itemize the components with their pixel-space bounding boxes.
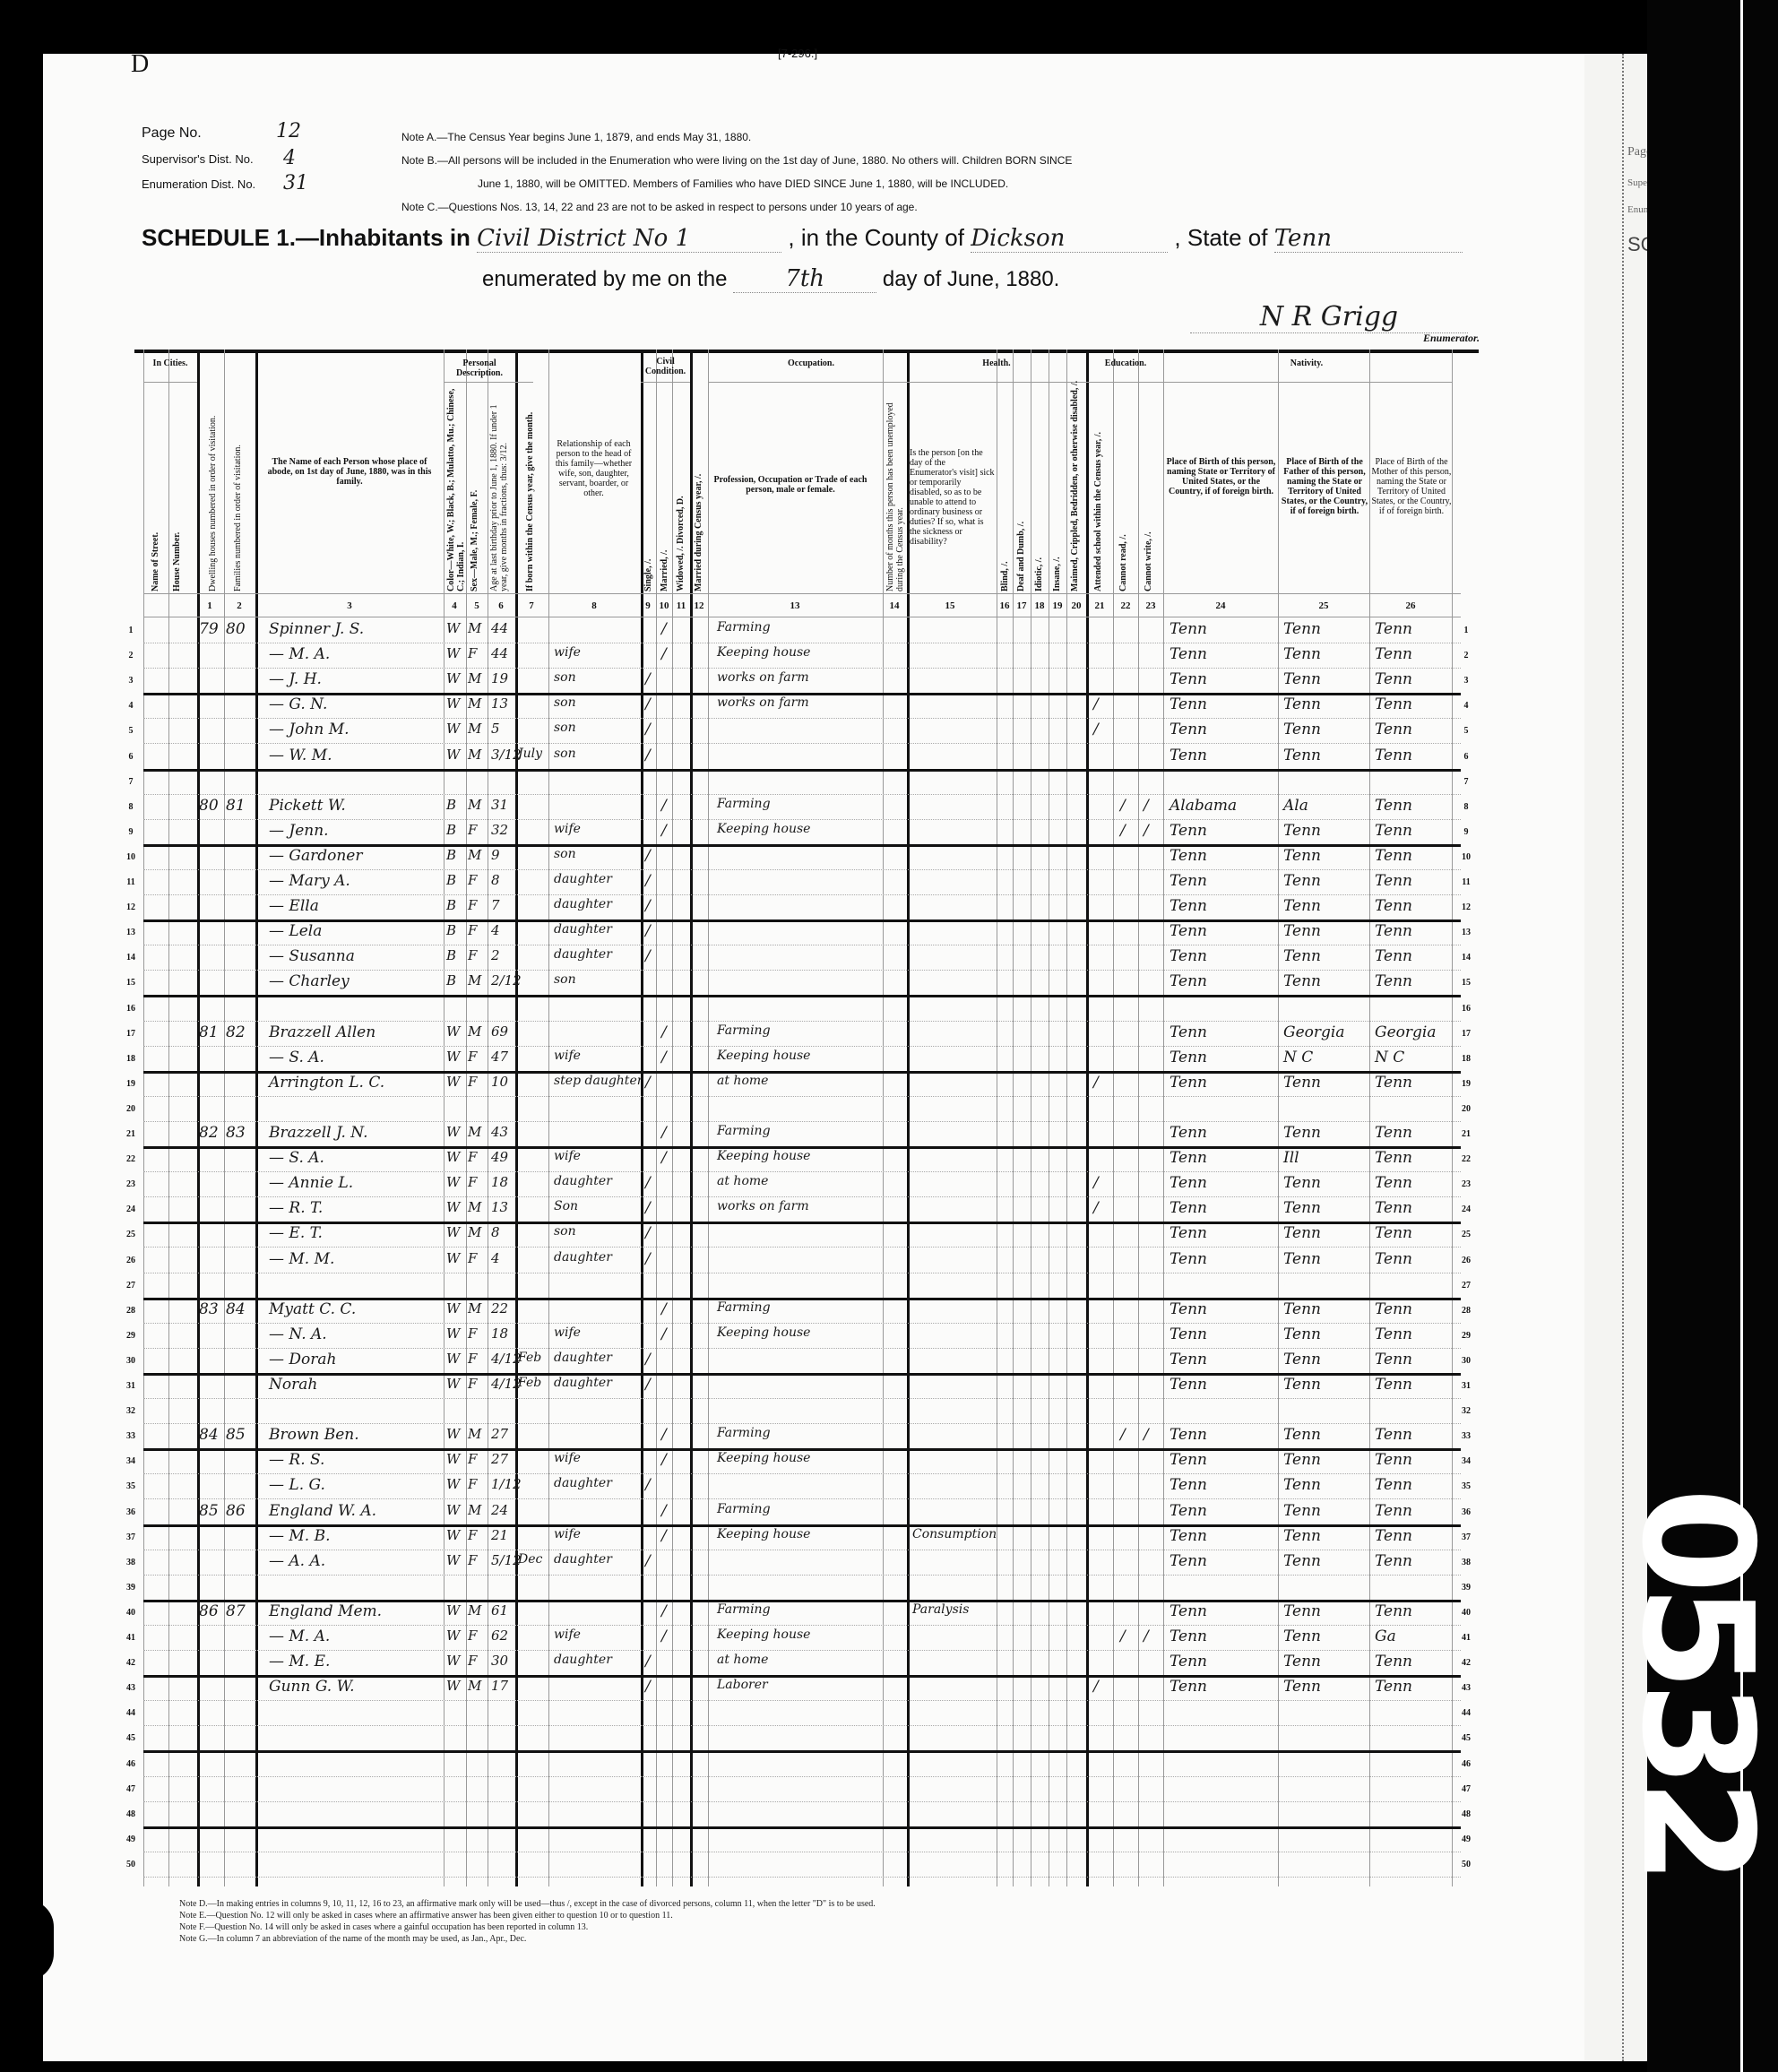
line-number-right: 34 bbox=[1457, 1456, 1475, 1466]
birthplace-mother: Georgia bbox=[1375, 1023, 1436, 1041]
dwelling-number: 79 bbox=[199, 620, 219, 638]
married-mark: / bbox=[661, 1627, 667, 1645]
person-name: England W. A. bbox=[269, 1502, 376, 1520]
birthplace-mother: Tenn bbox=[1375, 1149, 1412, 1167]
person-name: — Susanna bbox=[269, 947, 355, 965]
birthplace-self: Tenn bbox=[1170, 1678, 1207, 1696]
line-number-right: 4 bbox=[1457, 701, 1475, 711]
line-number-right: 29 bbox=[1457, 1331, 1475, 1341]
single-mark: / bbox=[645, 847, 651, 865]
birthplace-self: Tenn bbox=[1170, 1602, 1207, 1620]
column-number: 20 bbox=[1067, 600, 1085, 611]
married-mark: / bbox=[661, 1300, 667, 1318]
sex: M bbox=[468, 1602, 481, 1619]
color: W bbox=[446, 1199, 460, 1215]
enumerated-line: enumerated by me on the 7th day of June,… bbox=[482, 265, 1059, 293]
table-row: 2222— S. A.WF49wife/Keeping houseTennIll… bbox=[143, 1147, 1461, 1172]
birthplace-self: Tenn bbox=[1170, 847, 1207, 865]
person-name: — M. A. bbox=[269, 645, 330, 663]
line-number-right: 46 bbox=[1457, 1759, 1475, 1769]
color: B bbox=[446, 972, 456, 989]
person-name: — Mary A. bbox=[269, 872, 350, 890]
dwelling-number: 86 bbox=[199, 1602, 219, 1620]
sex: F bbox=[468, 1653, 477, 1669]
row-rule bbox=[143, 1877, 1461, 1878]
county-value: Dickson bbox=[971, 225, 1168, 253]
table-row: 3737— M. B.WF21wife/Keeping houseConsump… bbox=[143, 1525, 1461, 1550]
birthplace-mother: N C bbox=[1375, 1049, 1404, 1066]
age: 18 bbox=[491, 1325, 508, 1342]
line-number-right: 12 bbox=[1457, 902, 1475, 912]
birthplace-mother: Tenn bbox=[1375, 1602, 1412, 1620]
birthplace-mother: Tenn bbox=[1375, 1476, 1412, 1494]
dwelling-number: 81 bbox=[199, 1023, 219, 1041]
birthplace-father: N C bbox=[1283, 1049, 1313, 1066]
birthplace-mother: Tenn bbox=[1375, 1552, 1412, 1570]
birthplace-self: Tenn bbox=[1170, 947, 1207, 965]
line-number: 31 bbox=[122, 1381, 140, 1391]
single-mark: / bbox=[645, 1174, 651, 1192]
married-mark: / bbox=[661, 797, 667, 815]
birthplace-father: Ill bbox=[1283, 1149, 1299, 1167]
line-number: 5 bbox=[122, 726, 140, 736]
table-row: 3939 bbox=[143, 1576, 1461, 1601]
occupation: at home bbox=[717, 1074, 768, 1088]
header-married: Married, /. bbox=[660, 538, 669, 591]
line-number-right: 42 bbox=[1457, 1658, 1475, 1668]
color: W bbox=[446, 1376, 460, 1392]
single-mark: / bbox=[645, 670, 651, 688]
birthplace-mother: Tenn bbox=[1375, 1250, 1412, 1268]
enumerator-label: Enumerator. bbox=[1423, 332, 1480, 345]
header-profession: Profession, Occupation or Trade of each … bbox=[710, 475, 871, 495]
birth-month: Feb bbox=[518, 1351, 541, 1365]
table-row: 1010— GardonerBM9son/TennTennTenn bbox=[143, 845, 1461, 870]
line-number-right: 27 bbox=[1457, 1281, 1475, 1291]
dwelling-number: 83 bbox=[199, 1300, 219, 1318]
birthplace-mother: Tenn bbox=[1375, 1426, 1412, 1444]
birthplace-mother: Tenn bbox=[1375, 847, 1412, 865]
line-number-right: 50 bbox=[1457, 1860, 1475, 1869]
relationship: wife bbox=[554, 1149, 581, 1163]
birthplace-mother: Tenn bbox=[1375, 922, 1412, 940]
line-number: 3 bbox=[122, 676, 140, 686]
occupation: Keeping house bbox=[717, 1527, 810, 1541]
color: W bbox=[446, 1502, 460, 1518]
color: B bbox=[446, 797, 456, 813]
line-number-right: 17 bbox=[1457, 1029, 1475, 1039]
sex: F bbox=[468, 1250, 477, 1266]
state-label: , State of bbox=[1174, 224, 1267, 251]
birthplace-father: Georgia bbox=[1283, 1023, 1344, 1041]
form-ids: Page No. 12 Supervisor's Dist. No. 4 Enu… bbox=[142, 125, 321, 203]
relationship: son bbox=[554, 670, 576, 685]
occupation: Farming bbox=[717, 620, 771, 635]
table-top-rule bbox=[134, 350, 1479, 353]
line-number-right: 23 bbox=[1457, 1179, 1475, 1189]
age: 17 bbox=[491, 1678, 508, 1694]
header-cannot-read: Cannot read, /. bbox=[1118, 511, 1128, 591]
sex: M bbox=[468, 1426, 481, 1442]
age: 61 bbox=[491, 1602, 508, 1619]
occupation: Farming bbox=[717, 1124, 771, 1138]
person-name: — R. S. bbox=[269, 1451, 324, 1469]
table-row: 40408687England Mem.WM61/FarmingParalysi… bbox=[143, 1601, 1461, 1626]
line-number: 12 bbox=[122, 902, 140, 912]
relationship: son bbox=[554, 747, 576, 761]
occupation: Keeping house bbox=[717, 1149, 810, 1163]
relationship: son bbox=[554, 847, 576, 861]
note-b: Note B.—All persons will be included in … bbox=[401, 149, 1072, 172]
person-name: — M. E. bbox=[269, 1653, 330, 1671]
line-number-right: 40 bbox=[1457, 1608, 1475, 1618]
attended-school-mark: / bbox=[1093, 721, 1099, 738]
line-number-right: 30 bbox=[1457, 1356, 1475, 1366]
column-number: 8 bbox=[585, 600, 603, 611]
sub-rule bbox=[143, 382, 197, 383]
line-number: 15 bbox=[122, 978, 140, 988]
birthplace-father: Tenn bbox=[1283, 897, 1321, 915]
header-nativity: Nativity. bbox=[1163, 358, 1450, 368]
person-name: — M. B. bbox=[269, 1527, 331, 1545]
dwelling-number: 85 bbox=[199, 1502, 219, 1520]
birthplace-self: Tenn bbox=[1170, 620, 1207, 638]
column-number: 2 bbox=[230, 600, 248, 611]
column-number: 4 bbox=[445, 600, 463, 611]
line-number: 8 bbox=[122, 802, 140, 812]
column-number: 16 bbox=[996, 600, 1014, 611]
color: W bbox=[446, 1552, 460, 1568]
table-row: 4646 bbox=[143, 1752, 1461, 1777]
line-number: 27 bbox=[122, 1281, 140, 1291]
birthplace-self: Tenn bbox=[1170, 1174, 1207, 1192]
person-name: — M. M. bbox=[269, 1250, 334, 1268]
line-number-right: 15 bbox=[1457, 978, 1475, 988]
cannot-write-mark: / bbox=[1144, 797, 1149, 815]
occupation: works on farm bbox=[717, 670, 809, 685]
table-row: 99— Jenn.BF32wife/Keeping house//TennTen… bbox=[143, 820, 1461, 845]
line-number-right: 8 bbox=[1457, 802, 1475, 812]
table-row: 4747 bbox=[143, 1777, 1461, 1802]
birthplace-mother: Tenn bbox=[1375, 822, 1412, 840]
birthplace-self: Tenn bbox=[1170, 1376, 1207, 1394]
line-number: 47 bbox=[122, 1784, 140, 1794]
birthplace-father: Tenn bbox=[1283, 1426, 1321, 1444]
column-number: 21 bbox=[1091, 600, 1109, 611]
married-mark: / bbox=[661, 645, 667, 663]
birthplace-father: Tenn bbox=[1283, 847, 1321, 865]
sex: F bbox=[468, 922, 477, 938]
relationship: wife bbox=[554, 1627, 581, 1642]
birthplace-father: Tenn bbox=[1283, 947, 1321, 965]
relationship: wife bbox=[554, 1325, 581, 1340]
single-mark: / bbox=[645, 1224, 651, 1242]
line-number: 37 bbox=[122, 1532, 140, 1542]
color: W bbox=[446, 1074, 460, 1090]
table-row: 2525— E. T.WM8son/TennTennTenn bbox=[143, 1222, 1461, 1248]
person-name: — S. A. bbox=[269, 1149, 324, 1167]
birthplace-father: Tenn bbox=[1283, 747, 1321, 764]
birth-month: Feb bbox=[518, 1376, 541, 1390]
color: W bbox=[446, 670, 460, 686]
color: W bbox=[446, 1602, 460, 1619]
person-name: — A. A. bbox=[269, 1552, 325, 1570]
birthplace-father: Tenn bbox=[1283, 695, 1321, 713]
single-mark: / bbox=[645, 1250, 651, 1268]
line-number: 36 bbox=[122, 1507, 140, 1517]
relationship: son bbox=[554, 695, 576, 710]
line-number-right: 31 bbox=[1457, 1381, 1475, 1391]
header-health: Health. bbox=[907, 358, 1086, 368]
birthplace-father: Tenn bbox=[1283, 620, 1321, 638]
colnum-rule-top bbox=[143, 593, 1461, 594]
occupation: Farming bbox=[717, 1300, 771, 1315]
color: W bbox=[446, 1149, 460, 1165]
line-number-right: 24 bbox=[1457, 1204, 1475, 1214]
table-row: 3232 bbox=[143, 1399, 1461, 1424]
day-value: 7th bbox=[733, 265, 876, 293]
single-mark: / bbox=[645, 695, 651, 713]
birthplace-self: Tenn bbox=[1170, 1149, 1207, 1167]
header-street: Name of Street. bbox=[151, 511, 160, 591]
table-row: 22— M. A.WF44wife/Keeping houseTennTennT… bbox=[143, 643, 1461, 669]
birthplace-father: Tenn bbox=[1283, 872, 1321, 890]
line-number: 50 bbox=[122, 1860, 140, 1869]
birthplace-mother: Tenn bbox=[1375, 1527, 1412, 1545]
age: 8 bbox=[491, 872, 500, 888]
table-row: 2929— N. A.WF18wife/Keeping houseTennTen… bbox=[143, 1324, 1461, 1349]
birthplace-father: Tenn bbox=[1283, 822, 1321, 840]
person-name: — S. A. bbox=[269, 1049, 324, 1066]
color: W bbox=[446, 721, 460, 737]
line-number-right: 18 bbox=[1457, 1054, 1475, 1064]
line-number: 34 bbox=[122, 1456, 140, 1466]
note-f: Note F.—Question No. 14 will only be ask… bbox=[179, 1921, 876, 1933]
single-mark: / bbox=[645, 897, 651, 915]
married-mark: / bbox=[661, 620, 667, 638]
relationship: daughter bbox=[554, 1250, 612, 1265]
family-number: 84 bbox=[226, 1300, 246, 1318]
relationship: daughter bbox=[554, 947, 612, 962]
color: W bbox=[446, 1527, 460, 1543]
color: W bbox=[446, 1300, 460, 1317]
person-name: — R. T. bbox=[269, 1199, 323, 1217]
color: B bbox=[446, 897, 456, 913]
birth-month: Dec bbox=[518, 1552, 542, 1567]
header-single: Single, /. bbox=[643, 547, 653, 591]
single-mark: / bbox=[645, 1552, 651, 1570]
age: 5 bbox=[491, 721, 500, 737]
married-mark: / bbox=[661, 1426, 667, 1444]
sex: M bbox=[468, 620, 481, 636]
age: 1/12 bbox=[491, 1476, 522, 1492]
line-number-right: 2 bbox=[1457, 651, 1475, 660]
header-name: The Name of each Person whose place of a… bbox=[260, 457, 439, 487]
line-number-right: 19 bbox=[1457, 1079, 1475, 1089]
relationship: wife bbox=[554, 1527, 581, 1541]
age: 4 bbox=[491, 1250, 500, 1266]
birthplace-self: Alabama bbox=[1170, 797, 1237, 815]
cannot-write-mark: / bbox=[1144, 822, 1149, 840]
table-row: 44— G. N.WM13son/works on farm/TennTennT… bbox=[143, 694, 1461, 719]
color: B bbox=[446, 822, 456, 838]
color: W bbox=[446, 695, 460, 712]
line-number: 23 bbox=[122, 1179, 140, 1189]
family-number: 83 bbox=[226, 1124, 246, 1142]
birthplace-mother: Tenn bbox=[1375, 1224, 1412, 1242]
attended-school-mark: / bbox=[1093, 1199, 1099, 1217]
note-e: Note E.—Question No. 12 will only be ask… bbox=[179, 1910, 876, 1921]
page-no-value: 12 bbox=[276, 120, 301, 142]
birthplace-mother: Tenn bbox=[1375, 1325, 1412, 1343]
line-number: 9 bbox=[122, 827, 140, 837]
sex: M bbox=[468, 1300, 481, 1317]
single-mark: / bbox=[645, 747, 651, 764]
table-row: 2020 bbox=[143, 1097, 1461, 1122]
birthplace-mother: Tenn bbox=[1375, 897, 1412, 915]
sex: F bbox=[468, 1476, 477, 1492]
line-number: 24 bbox=[122, 1204, 140, 1214]
column-number: 7 bbox=[522, 600, 540, 611]
sex: M bbox=[468, 721, 481, 737]
table-row: 3434— R. S.WF27wife/Keeping houseTennTen… bbox=[143, 1449, 1461, 1474]
birthplace-father: Tenn bbox=[1283, 1250, 1321, 1268]
birthplace-self: Tenn bbox=[1170, 747, 1207, 764]
line-number: 4 bbox=[122, 701, 140, 711]
line-number-right: 14 bbox=[1457, 953, 1475, 963]
table-row: 1313— LelaBF4daughter/TennTennTenn bbox=[143, 920, 1461, 945]
relationship: step daughter bbox=[554, 1074, 643, 1088]
column-number: 9 bbox=[639, 600, 657, 611]
sex: F bbox=[468, 1174, 477, 1190]
birthplace-mother: Tenn bbox=[1375, 695, 1412, 713]
family-number: 85 bbox=[226, 1426, 246, 1444]
relationship: daughter bbox=[554, 1476, 612, 1490]
birthplace-father: Tenn bbox=[1283, 1627, 1321, 1645]
age: 49 bbox=[491, 1149, 508, 1165]
age: 30 bbox=[491, 1653, 508, 1669]
birthplace-father: Tenn bbox=[1283, 670, 1321, 688]
person-name: — L. G. bbox=[269, 1476, 325, 1494]
header-born-month: If born within the Census year, give the… bbox=[525, 403, 535, 591]
sex: F bbox=[468, 897, 477, 913]
birthplace-father: Tenn bbox=[1283, 1174, 1321, 1192]
line-number-right: 36 bbox=[1457, 1507, 1475, 1517]
column-number: 12 bbox=[690, 600, 708, 611]
line-number: 44 bbox=[122, 1708, 140, 1718]
header-attended: Attended school within the Census year, … bbox=[1093, 403, 1103, 591]
attended-school-mark: / bbox=[1093, 1678, 1099, 1696]
table-row: 2323— Annie L.WF18daughter/at home/TennT… bbox=[143, 1172, 1461, 1197]
line-number: 7 bbox=[122, 777, 140, 787]
relationship: daughter bbox=[554, 1351, 612, 1365]
cannot-write-mark: / bbox=[1144, 1627, 1149, 1645]
occupation: Keeping house bbox=[717, 645, 810, 660]
column-number: 3 bbox=[341, 600, 358, 611]
line-number: 33 bbox=[122, 1431, 140, 1441]
birthplace-self: Tenn bbox=[1170, 1502, 1207, 1520]
birthplace-self: Tenn bbox=[1170, 1250, 1207, 1268]
table-row: 5050 bbox=[143, 1852, 1461, 1878]
header-sex: Sex—Male, M.; Female, F. bbox=[470, 457, 479, 591]
line-number: 30 bbox=[122, 1356, 140, 1366]
person-name: — Ella bbox=[269, 897, 319, 915]
dwelling-number: 82 bbox=[199, 1124, 219, 1142]
person-name: England Mem. bbox=[269, 1602, 382, 1620]
header-deaf: Deaf and Dumb, /. bbox=[1016, 502, 1026, 591]
column-number: 6 bbox=[492, 600, 510, 611]
line-number: 16 bbox=[122, 1004, 140, 1014]
age: 13 bbox=[491, 1199, 508, 1215]
age: 24 bbox=[491, 1502, 508, 1518]
birthplace-self: Tenn bbox=[1170, 1325, 1207, 1343]
sex: F bbox=[468, 1527, 477, 1543]
birthplace-mother: Tenn bbox=[1375, 721, 1412, 738]
line-number: 40 bbox=[122, 1608, 140, 1618]
relationship: daughter bbox=[554, 1653, 612, 1667]
line-number: 19 bbox=[122, 1079, 140, 1089]
age: 31 bbox=[491, 797, 508, 813]
top-notes: Note A.—The Census Year begins June 1, 1… bbox=[401, 125, 1072, 219]
age: 4 bbox=[491, 922, 500, 938]
sex: M bbox=[468, 1124, 481, 1140]
birthplace-mother: Tenn bbox=[1375, 947, 1412, 965]
birthplace-father: Tenn bbox=[1283, 1300, 1321, 1318]
birthplace-self: Tenn bbox=[1170, 1124, 1207, 1142]
birthplace-self: Tenn bbox=[1170, 695, 1207, 713]
header-education: Education. bbox=[1089, 358, 1162, 368]
birthplace-father: Tenn bbox=[1283, 1351, 1321, 1368]
age: 44 bbox=[491, 645, 508, 661]
family-number: 81 bbox=[226, 797, 246, 815]
table-row: 55— John M.WM5son//TennTennTenn bbox=[143, 719, 1461, 744]
person-name: — M. A. bbox=[269, 1627, 330, 1645]
person-name: — J. H. bbox=[269, 670, 322, 688]
column-number: 13 bbox=[786, 600, 804, 611]
married-mark: / bbox=[661, 1124, 667, 1142]
color: W bbox=[446, 1476, 460, 1492]
married-mark: / bbox=[661, 1502, 667, 1520]
note-b-cont: June 1, 1880, will be OMITTED. Members o… bbox=[401, 172, 1072, 195]
header-in-cities: In Cities. bbox=[143, 358, 197, 368]
family-number: 80 bbox=[226, 620, 246, 638]
enumerator-signature: N R Grigg bbox=[1190, 301, 1468, 333]
table-row: 4545 bbox=[143, 1726, 1461, 1751]
color: W bbox=[446, 747, 460, 763]
sex: F bbox=[468, 1552, 477, 1568]
frame-number-stamp: 0532 bbox=[1647, 1488, 1746, 1876]
birthplace-mother: Tenn bbox=[1375, 1376, 1412, 1394]
married-mark: / bbox=[661, 1451, 667, 1469]
relationship: son bbox=[554, 1224, 576, 1239]
birthplace-mother: Tenn bbox=[1375, 797, 1412, 815]
header-cannot-write: Cannot write, /. bbox=[1144, 511, 1153, 591]
birthplace-self: Tenn bbox=[1170, 1426, 1207, 1444]
age: 4/12 bbox=[491, 1351, 522, 1367]
page-no-label: Page No. bbox=[142, 125, 202, 141]
sub-rule bbox=[444, 382, 533, 383]
person-name: — N. A. bbox=[269, 1325, 327, 1343]
relationship: wife bbox=[554, 1451, 581, 1465]
birthplace-self: Tenn bbox=[1170, 972, 1207, 990]
age: 2 bbox=[491, 947, 500, 963]
relationship: wife bbox=[554, 1049, 581, 1063]
color: B bbox=[446, 922, 456, 938]
age: 27 bbox=[491, 1426, 508, 1442]
single-mark: / bbox=[645, 1476, 651, 1494]
age: 43 bbox=[491, 1124, 508, 1140]
birthplace-mother: Tenn bbox=[1375, 972, 1412, 990]
